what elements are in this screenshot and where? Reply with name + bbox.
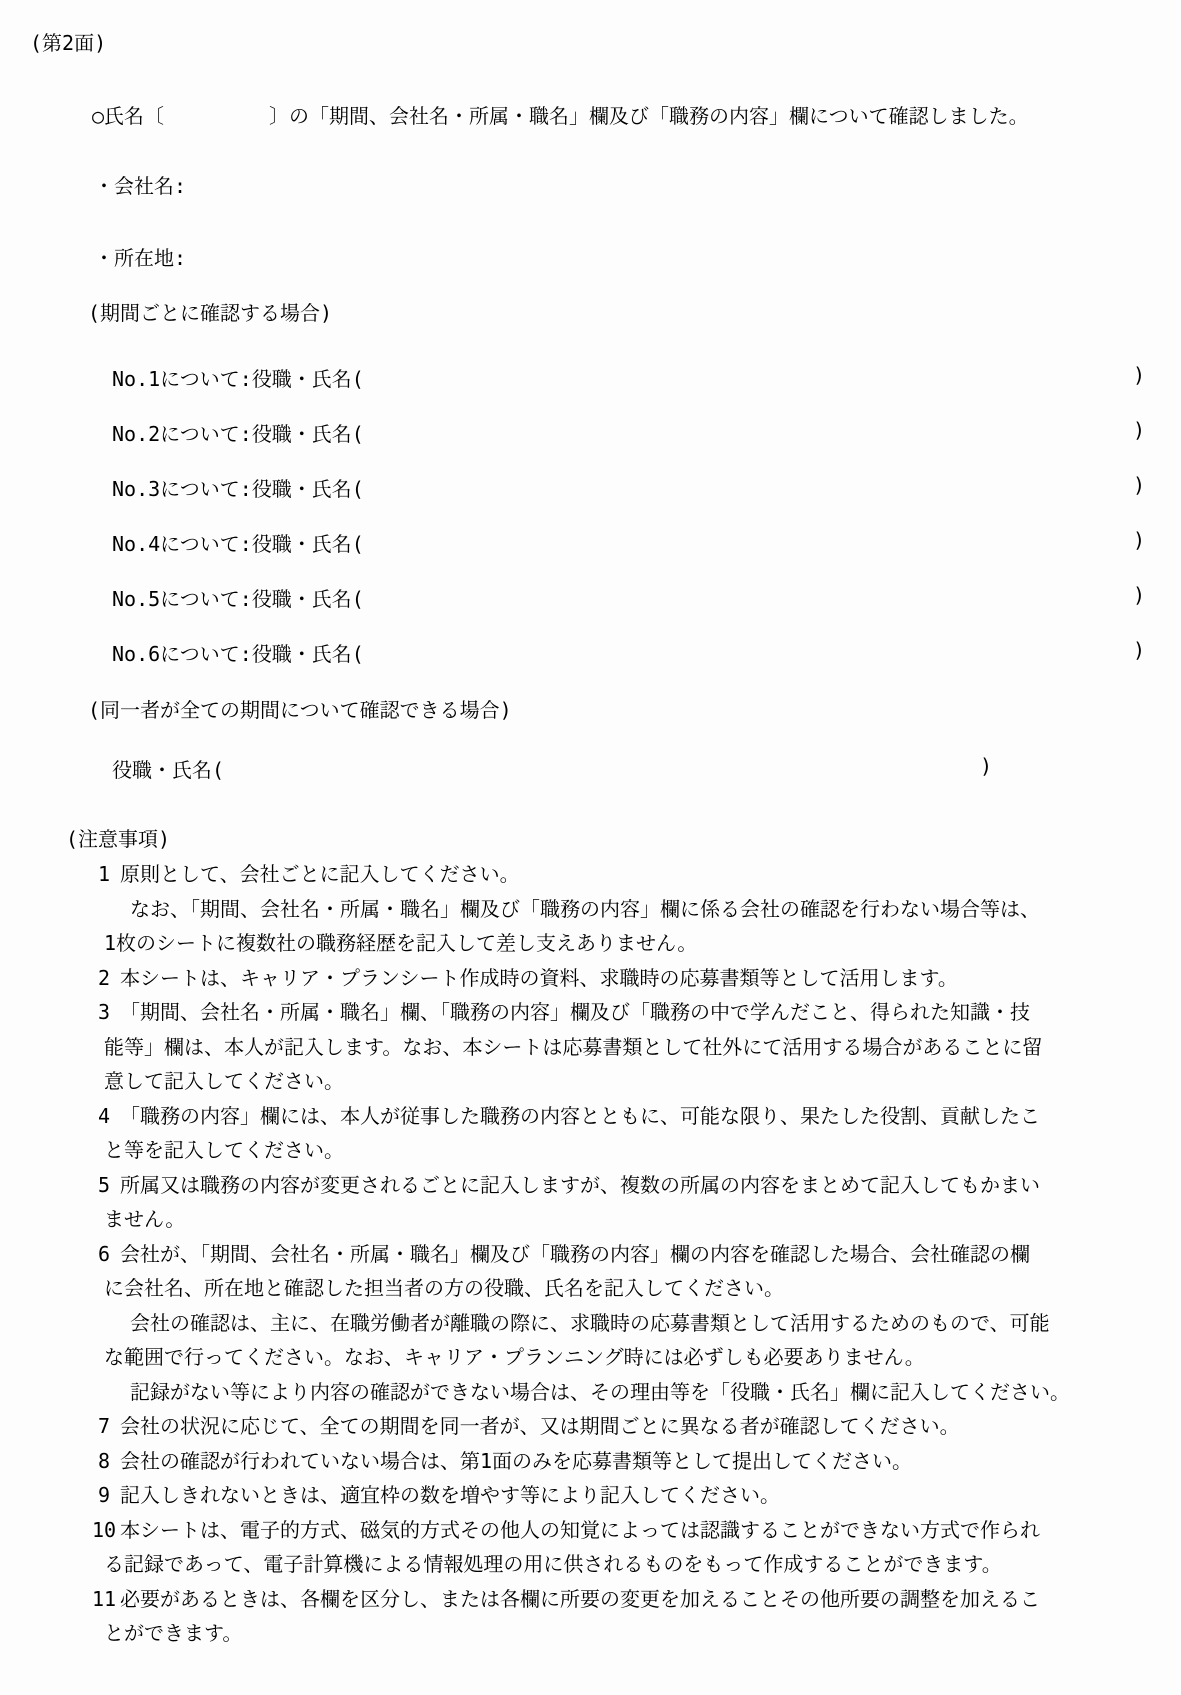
note-text: 会社が、「期間、会社名・所属・職名」欄及び「職務の内容」欄の内容を確認した場合、…: [120, 1242, 1030, 1266]
same-person-row: 役職・氏名( ): [112, 754, 992, 783]
close-paren: ): [1133, 363, 1145, 392]
note-item-10: 10本シートは、電子的方式、磁気的方式その他人の知覚によっては認識することができ…: [66, 1513, 1176, 1548]
note-item-4-cont: と等を記入してください。: [66, 1133, 1176, 1168]
note-number: 11: [88, 1582, 120, 1617]
note-text: 記録がない等により内容の確認ができない場合は、その理由等を「役職・氏名」欄に記入…: [130, 1380, 1070, 1404]
page-label: (第2面): [30, 27, 106, 56]
note-item-6: 6会社が、「期間、会社名・所属・職名」欄及び「職務の内容」欄の内容を確認した場合…: [66, 1237, 1176, 1272]
name-blank-field: [164, 109, 269, 129]
close-paren: ): [1133, 418, 1145, 447]
note-text: 「期間、会社名・所属・職名」欄、「職務の内容」欄及び「職務の中で学んだこと、得ら…: [120, 1000, 1030, 1024]
note-text: に会社名、所在地と確認した担当者の方の役職、氏名を記入してください。: [104, 1276, 784, 1300]
note-text: 「職務の内容」欄には、本人が従事した職務の内容とともに、可能な限り、果たした役割…: [120, 1104, 1040, 1128]
note-text: な範囲で行ってください。なお、キャリア・プランニング時には必ずしも必要ありません…: [104, 1345, 925, 1369]
note-number: 7: [88, 1409, 120, 1444]
company-address-label: ・所在地:: [94, 242, 186, 271]
per-period-heading: (期間ごとに確認する場合): [88, 297, 332, 326]
note-item-6-cont: に会社名、所在地と確認した担当者の方の役職、氏名を記入してください。: [66, 1271, 1176, 1306]
note-item-3: 3「期間、会社名・所属・職名」欄、「職務の内容」欄及び「職務の中で学んだこと、得…: [66, 995, 1176, 1030]
note-number: 4: [88, 1099, 120, 1134]
close-paren: ): [1133, 528, 1145, 557]
note-item-7: 7会社の状況に応じて、全ての期間を同一者が、又は期間ごとに異なる者が確認してくだ…: [66, 1409, 1176, 1444]
note-text: 1枚のシートに複数社の職務経歴を記入して差し支えありません。: [104, 931, 697, 955]
note-number: 10: [88, 1513, 120, 1548]
note-text: 会社の確認は、主に、在職労働者が離職の際に、求職時の応募書類として活用するための…: [130, 1311, 1050, 1335]
note-text: とができます。: [104, 1621, 242, 1645]
period-row-label: No.4について:役職・氏名(: [112, 528, 364, 557]
notes-heading: (注意事項): [66, 823, 170, 852]
note-item-10-cont: る記録であって、電子計算機による情報処理の用に供されるものをもって作成することが…: [66, 1547, 1176, 1582]
close-paren: ): [1133, 583, 1145, 612]
name-field-prefix: ○氏名〔: [92, 104, 164, 128]
note-number: 8: [88, 1444, 120, 1479]
note-item-4: 4「職務の内容」欄には、本人が従事した職務の内容とともに、可能な限り、果たした役…: [66, 1099, 1176, 1134]
note-text: 必要があるときは、各欄を区分し、または各欄に所要の変更を加えることその他所要の調…: [120, 1587, 1040, 1611]
note-number: 3: [88, 995, 120, 1030]
close-paren: ): [1133, 473, 1145, 502]
note-item-6-sub: 記録がない等により内容の確認ができない場合は、その理由等を「役職・氏名」欄に記入…: [66, 1375, 1176, 1410]
note-text: 本シートは、キャリア・プランシート作成時の資料、求職時の応募書類等として活用しま…: [120, 966, 958, 990]
note-item-9: 9記入しきれないときは、適宜枠の数を増やす等により記入してください。: [66, 1478, 1176, 1513]
close-paren: ): [980, 754, 992, 783]
career-sheet-page-2: (第2面) ○氏名〔〕の「期間、会社名・所属・職名」欄及び「職務の内容」欄につい…: [0, 0, 1181, 1695]
note-number: 1: [88, 857, 120, 892]
note-item-3-cont: 能等」欄は、本人が記入します。なお、本シートは応募書類として社外にて活用する場合…: [66, 1030, 1176, 1065]
close-paren: ): [1133, 638, 1145, 667]
note-number: 6: [88, 1237, 120, 1272]
period-row-6: No.6について:役職・氏名( ): [112, 638, 1145, 667]
period-row-label: No.1について:役職・氏名(: [112, 363, 364, 392]
note-item-1-sub: なお、「期間、会社名・所属・職名」欄及び「職務の内容」欄に係る会社の確認を行わな…: [66, 892, 1176, 927]
period-row-label: No.5について:役職・氏名(: [112, 583, 364, 612]
note-item-2: 2本シートは、キャリア・プランシート作成時の資料、求職時の応募書類等として活用し…: [66, 961, 1176, 996]
note-text: 意して記入してください。: [104, 1069, 344, 1093]
period-row-5: No.5について:役職・氏名( ): [112, 583, 1145, 612]
note-number: 2: [88, 961, 120, 996]
note-text: 所属又は職務の内容が変更されるごとに記入しますが、複数の所属の内容をまとめて記入…: [120, 1173, 1040, 1197]
period-row-label: No.6について:役職・氏名(: [112, 638, 364, 667]
note-text: 能等」欄は、本人が記入します。なお、本シートは応募書類として社外にて活用する場合…: [104, 1035, 1042, 1059]
confirmation-statement-text: 〕の「期間、会社名・所属・職名」欄及び「職務の内容」欄について確認しました。: [269, 104, 1029, 128]
note-item-1-cont: 1枚のシートに複数社の職務経歴を記入して差し支えありません。: [66, 926, 1176, 961]
note-text: 会社の確認が行われていない場合は、第1面のみを応募書類等として提出してください。: [120, 1449, 912, 1473]
confirmation-statement: ○氏名〔〕の「期間、会社名・所属・職名」欄及び「職務の内容」欄について確認しまし…: [92, 100, 1029, 129]
note-item-1: 1原則として、会社ごとに記入してください。: [66, 857, 1176, 892]
note-item-11-cont: とができます。: [66, 1616, 1176, 1651]
note-text: 記入しきれないときは、適宜枠の数を増やす等により記入してください。: [120, 1483, 780, 1507]
period-row-2: No.2について:役職・氏名( ): [112, 418, 1145, 447]
note-text: 会社の状況に応じて、全ての期間を同一者が、又は期間ごとに異なる者が確認してくださ…: [120, 1414, 960, 1438]
same-person-row-label: 役職・氏名(: [112, 754, 224, 783]
note-number: 9: [88, 1478, 120, 1513]
note-item-6-cont: な範囲で行ってください。なお、キャリア・プランニング時には必ずしも必要ありません…: [66, 1340, 1176, 1375]
period-row-3: No.3について:役職・氏名( ): [112, 473, 1145, 502]
note-number: 5: [88, 1168, 120, 1203]
note-item-6-sub: 会社の確認は、主に、在職労働者が離職の際に、求職時の応募書類として活用するための…: [66, 1306, 1176, 1341]
period-row-1: No.1について:役職・氏名( ): [112, 363, 1145, 392]
notes-list: 1原則として、会社ごとに記入してください。 なお、「期間、会社名・所属・職名」欄…: [66, 857, 1176, 1651]
period-row-4: No.4について:役職・氏名( ): [112, 528, 1145, 557]
period-row-label: No.3について:役職・氏名(: [112, 473, 364, 502]
note-text: なお、「期間、会社名・所属・職名」欄及び「職務の内容」欄に係る会社の確認を行わな…: [130, 897, 1040, 921]
note-text: ません。: [104, 1207, 185, 1231]
note-text: と等を記入してください。: [104, 1138, 344, 1162]
note-text: 原則として、会社ごとに記入してください。: [120, 862, 520, 886]
note-item-5-cont: ません。: [66, 1202, 1176, 1237]
company-name-label: ・会社名:: [94, 170, 186, 199]
period-row-label: No.2について:役職・氏名(: [112, 418, 364, 447]
note-text: 本シートは、電子的方式、磁気的方式その他人の知覚によっては認識することができない…: [120, 1518, 1040, 1542]
same-person-heading: (同一者が全ての期間について確認できる場合): [88, 694, 512, 723]
note-item-11: 11必要があるときは、各欄を区分し、または各欄に所要の変更を加えることその他所要…: [66, 1582, 1176, 1617]
note-item-3-cont: 意して記入してください。: [66, 1064, 1176, 1099]
note-item-5: 5所属又は職務の内容が変更されるごとに記入しますが、複数の所属の内容をまとめて記…: [66, 1168, 1176, 1203]
note-item-8: 8会社の確認が行われていない場合は、第1面のみを応募書類等として提出してください…: [66, 1444, 1176, 1479]
note-text: る記録であって、電子計算機による情報処理の用に供されるものをもって作成することが…: [104, 1552, 1002, 1576]
